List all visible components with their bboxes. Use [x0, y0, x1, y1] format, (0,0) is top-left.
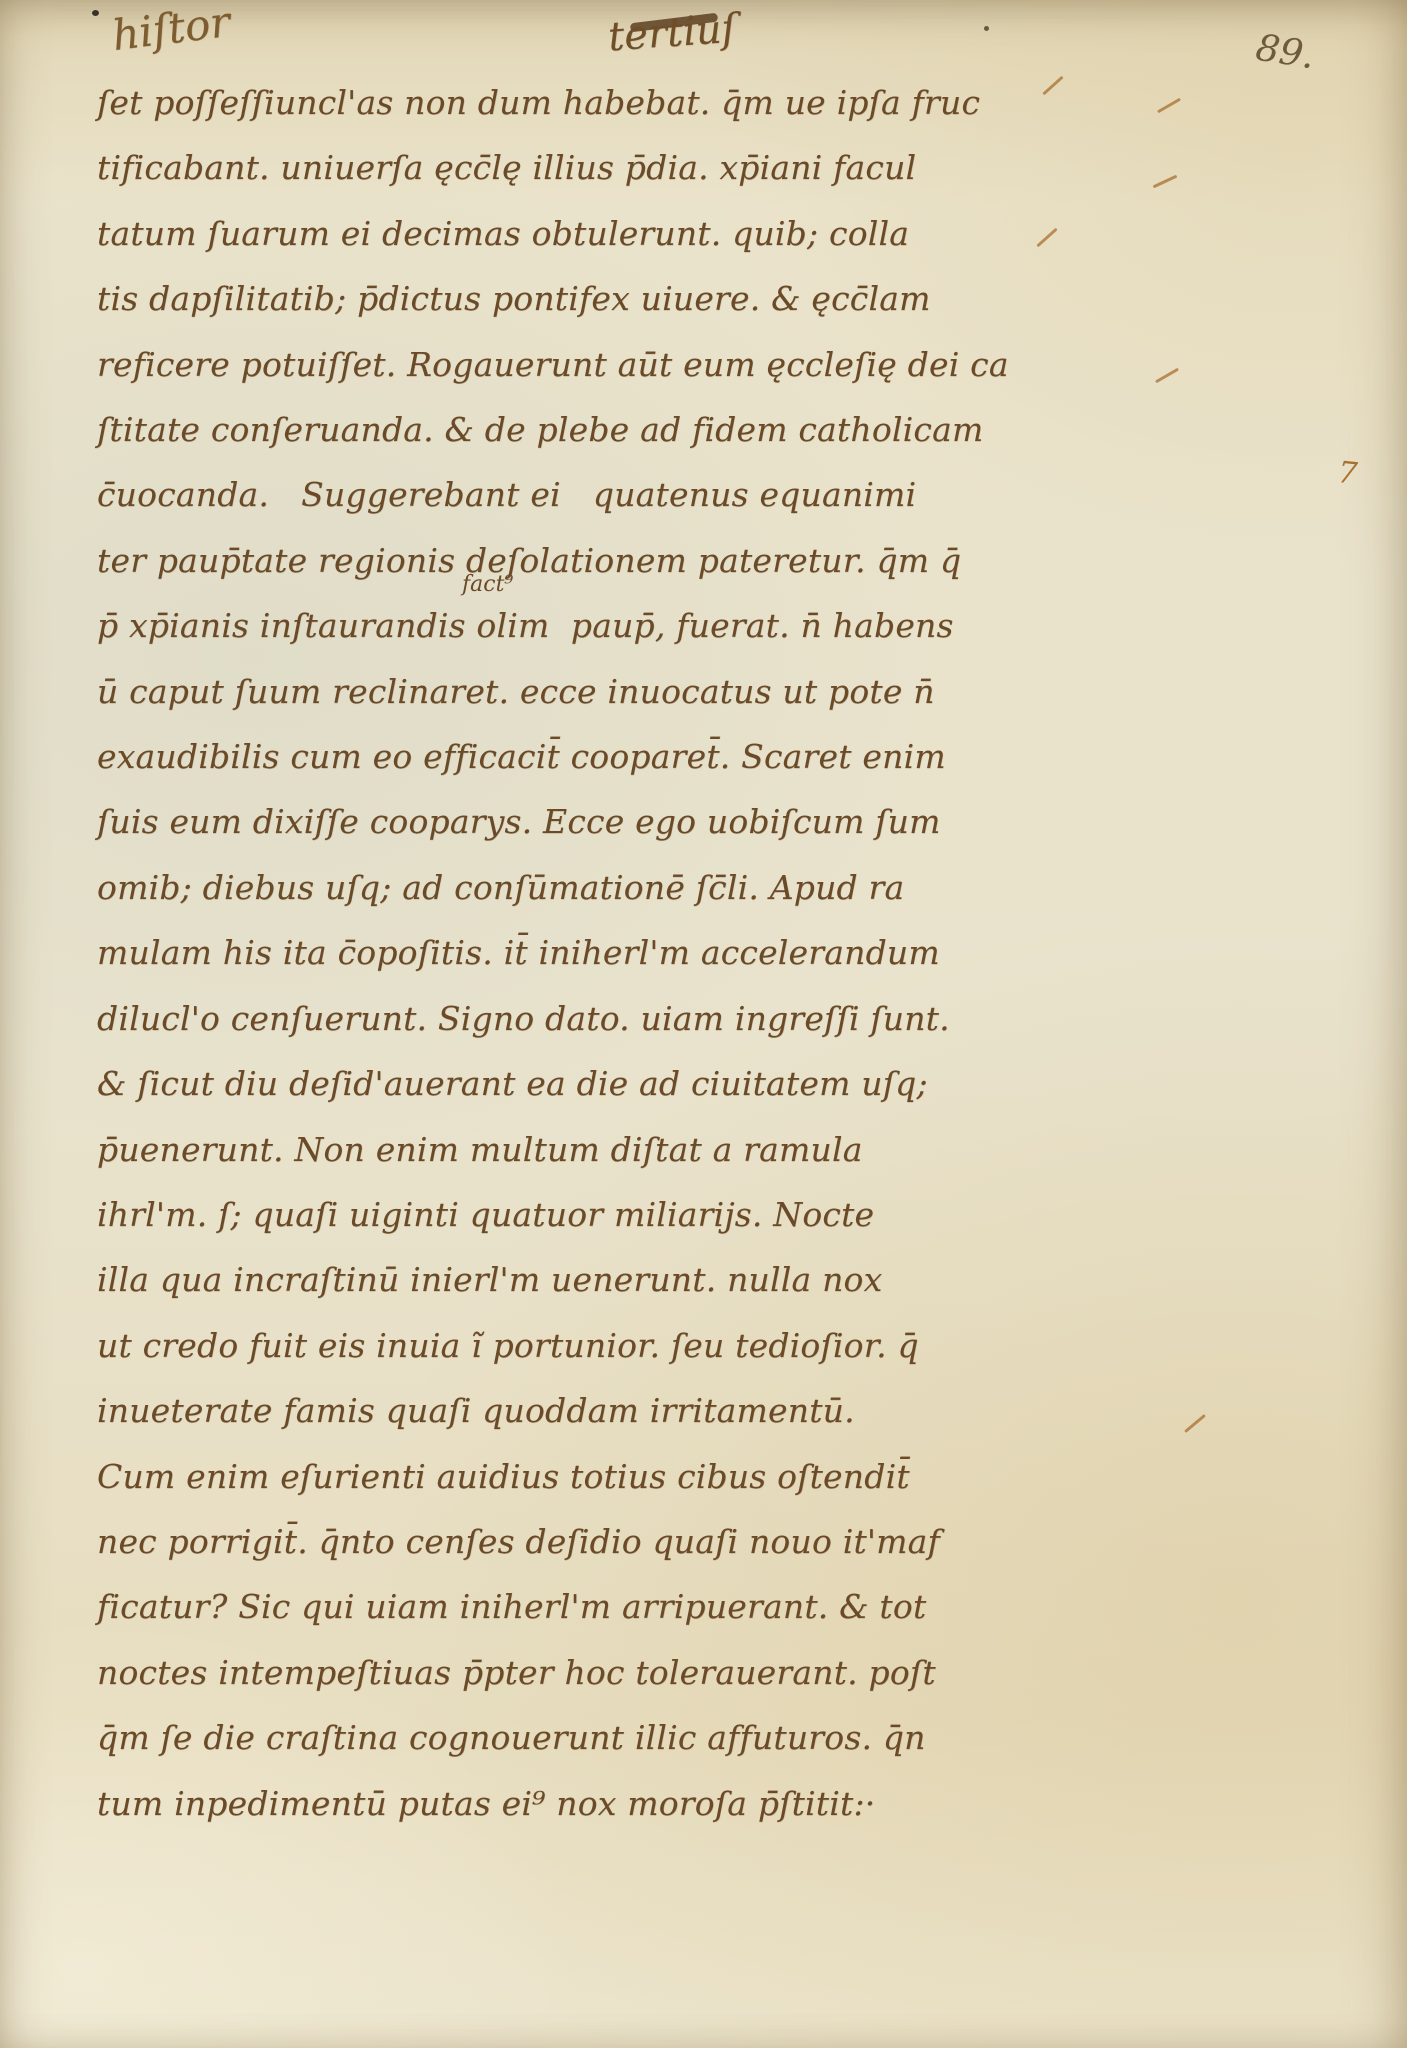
- ink-speck: [984, 26, 989, 31]
- manuscript-line: p̄uenerunt. Non enim multum diſtat a ram…: [97, 1117, 977, 1182]
- manuscript-line: ū caput ſuum reclinaret. ecce inuocatus …: [97, 659, 977, 724]
- manuscript-line: tis dapſilitatib; p̄dictus pontifex uiue…: [97, 266, 977, 331]
- rubric-tick-mark: [1042, 76, 1063, 96]
- manuscript-line: omib; diebus uſq; ad conſūmationē ſc̄li.…: [97, 855, 977, 920]
- folio-number: 89.: [1253, 26, 1318, 78]
- rubric-tick-mark: [1036, 228, 1057, 248]
- manuscript-page: hiſtor tertiuſ 89. 7 fact⁹ ſet poſſeſſiu…: [0, 0, 1407, 2048]
- manuscript-line: nec porrigit̄. q̄nto cenſes deſidio quaſ…: [97, 1509, 977, 1574]
- manuscript-line: noctes intempeſtiuas p̄pter hoc toleraue…: [97, 1640, 977, 1705]
- manuscript-line: exaudibilis cum eo efficacit̄ cooparet̄.…: [97, 724, 977, 789]
- text-block: ſet poſſeſſiuncl'as non dum habebat. q̄m…: [97, 70, 977, 1836]
- ink-speck: [92, 10, 99, 16]
- rubric-tick-mark: [1157, 98, 1181, 114]
- running-title-right: tertiuſ: [607, 6, 738, 61]
- manuscript-line: mulam his ita c̄opoſitis. it̄ iniherl'm …: [97, 920, 977, 985]
- manuscript-line: illa qua incraſtinū inierl'm uenerunt. n…: [97, 1247, 977, 1312]
- rubric-tick-mark: [1155, 368, 1179, 384]
- running-title-left: hiſtor: [109, 0, 232, 60]
- manuscript-line: reficere potuiſſet. Rogauerunt aūt eum ę…: [97, 332, 977, 397]
- manuscript-line: dilucl'o cenſuerunt. Signo dato. uiam in…: [97, 986, 977, 1051]
- manuscript-line: ut credo fuit eis inuia ĩ portunior. ſeu…: [97, 1313, 977, 1378]
- manuscript-line: ihrl'm. ſ; quaſi uiginti quatuor miliari…: [97, 1182, 977, 1247]
- manuscript-line: ſet poſſeſſiuncl'as non dum habebat. q̄m…: [97, 70, 977, 135]
- rubric-tick-mark: [1153, 175, 1178, 189]
- margin-mark: 7: [1336, 455, 1359, 492]
- manuscript-line: q̄m ſe die craſtina cognouerunt illic af…: [97, 1705, 977, 1770]
- manuscript-line: p̄ xp̄ianis inſtaurandis olim paup̄, fue…: [97, 593, 977, 658]
- manuscript-line: inueterate famis quaſi quoddam irritamen…: [97, 1378, 977, 1443]
- manuscript-line: Cum enim eſurienti auidius totius cibus …: [97, 1444, 977, 1509]
- manuscript-line: ter paup̄tate regionis deſolationem pate…: [97, 528, 977, 593]
- manuscript-line: ſtitate conſeruanda. & de plebe ad fidem…: [97, 397, 977, 462]
- manuscript-line: tatum ſuarum ei decimas obtulerunt. quib…: [97, 201, 977, 266]
- manuscript-line: ſuis eum dixiſſe cooparys. Ecce ego uobi…: [97, 789, 977, 854]
- manuscript-line: c̄uocanda. Suggerebant ei quatenus equan…: [97, 462, 977, 527]
- rubric-tick-mark: [1184, 1414, 1206, 1433]
- manuscript-line: tum inpedimentū putas ei⁹ nox moroſa p̄ſ…: [97, 1771, 977, 1836]
- manuscript-line: & ſicut diu deſid'auerant ea die ad ciui…: [97, 1051, 977, 1116]
- manuscript-line: tificabant. uniuerſa ęcc̄lę illius p̄dia…: [97, 135, 977, 200]
- manuscript-line: ficatur? Sic qui uiam iniherl'm arripuer…: [97, 1574, 977, 1639]
